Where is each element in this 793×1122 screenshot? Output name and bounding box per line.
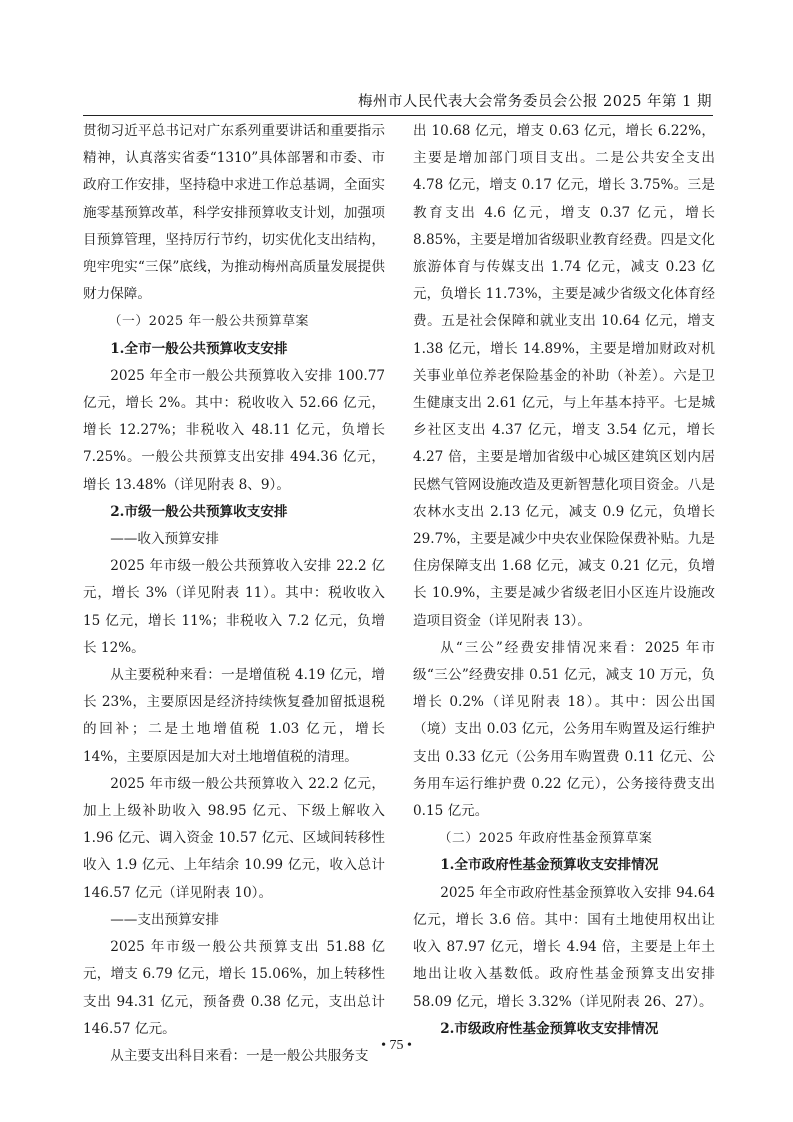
subheading: 1.全市一般公共预算收支安排 <box>83 336 385 363</box>
header-rule <box>83 115 713 116</box>
paragraph: 2025 年市级一般公共预算收入 22.2 亿元，加上上级补助收入 98.95 … <box>83 771 385 907</box>
section-title: （一）2025 年一般公共预算草案 <box>83 308 385 335</box>
paragraph: 2025 年市级一般公共预算收入安排 22.2 亿元，增长 3%（详见附表 11… <box>83 553 385 662</box>
journal-header: 梅州市人民代表大会常务委员会公报 2025 年第 1 期 <box>83 90 712 114</box>
paragraph: 从“三公”经费安排情况来看：2025 年市级“三公”经费安排 0.51 亿元，减… <box>413 635 715 825</box>
section-title: （二）2025 年政府性基金预算草案 <box>413 825 715 852</box>
paragraph: 2025 年市级一般公共预算支出 51.88 亿元，增支 6.79 亿元，增长 … <box>83 934 385 1043</box>
subheading: 1.全市政府性基金预算收支安排情况 <box>413 852 715 879</box>
right-column: 出 10.68 亿元，增支 0.63 亿元，增长 6.22%，主要是增加部门项目… <box>413 118 715 1043</box>
subheading: 2.市级一般公共预算收支安排 <box>83 499 385 526</box>
page-number: • 75 • <box>0 1038 793 1054</box>
paragraph: 从主要税种来看：一是增值税 4.19 亿元，增长 23%，主要原因是经济持续恢复… <box>83 662 385 771</box>
dash-subheading: ——收入预算安排 <box>83 526 385 553</box>
left-column: 贯彻习近平总书记对广东系列重要讲话和重要指示精神，认真落实省委“1310”具体部… <box>83 118 385 1070</box>
continuation-text: 贯彻习近平总书记对广东系列重要讲话和重要指示精神，认真落实省委“1310”具体部… <box>83 118 385 308</box>
continuation-text: 出 10.68 亿元，增支 0.63 亿元，增长 6.22%，主要是增加部门项目… <box>413 118 715 635</box>
paragraph: 2025 年全市一般公共预算收入安排 100.77 亿元，增长 2%。其中：税收… <box>83 363 385 499</box>
paragraph: 2025 年全市政府性基金预算收入安排 94.64 亿元，增长 3.6 倍。其中… <box>413 880 715 1016</box>
dash-subheading: ——支出预算安排 <box>83 907 385 934</box>
